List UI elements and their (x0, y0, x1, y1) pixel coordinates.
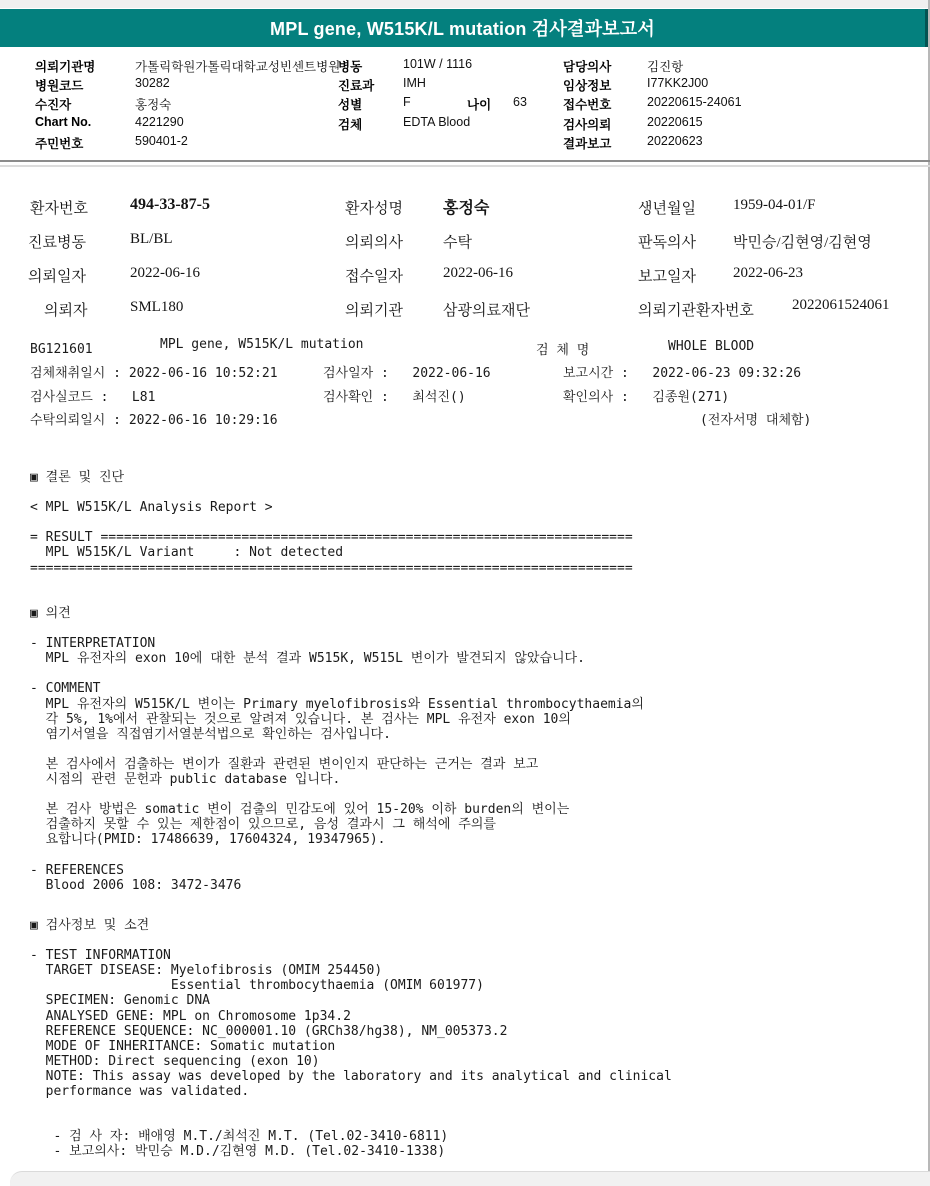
value-department: IMH (403, 76, 426, 90)
report-title-bar: MPL gene, W515K/L mutation 검사결과보고서 (0, 9, 928, 47)
label-specimen-name: 검 체 명 (536, 339, 589, 358)
value-ward: 101W / 1116 (403, 57, 472, 71)
value-accession-no: 20220615-24061 (647, 95, 742, 109)
label-birth-date: 생년월일 (638, 197, 696, 218)
lab-code: 검사실코드 : L81 (30, 386, 155, 405)
label-age: 나이 (467, 95, 491, 113)
confirm-doctor: 확인의사 : 김종원(271) (563, 386, 729, 405)
value-reading-doctor: 박민승/김현영/김현영 (733, 231, 872, 252)
report-time: 보고시간 : 2022-06-23 09:32:26 (563, 362, 801, 381)
value-patient-no: 494-33-87-5 (130, 196, 210, 214)
value-specimen-name: WHOLE BLOOD (668, 339, 754, 354)
value-order-date: 20220615 (647, 115, 703, 129)
header-divider-dark (0, 160, 930, 162)
label-patient-no: 환자번호 (30, 197, 88, 218)
label-ward: 병동 (338, 57, 362, 75)
label-receipt-date: 접수일자 (345, 265, 403, 286)
test-date: 검사일자 : 2022-06-16 (323, 362, 491, 381)
opinion-section: ▣ 의견 - INTERPRETATION MPL 유전자의 exon 10에 … (30, 606, 644, 893)
value-specimen-type: EDTA Blood (403, 115, 470, 129)
label-reading-doctor: 판독의사 (638, 231, 696, 252)
value-attending-doctor: 김진항 (647, 57, 683, 75)
label-request-date: 의뢰일자 (28, 265, 86, 286)
label-attending-doctor: 담당의사 (563, 57, 611, 75)
value-receipt-date: 2022-06-16 (443, 265, 513, 282)
label-org-patient-no: 의뢰기관환자번호 (638, 299, 754, 320)
value-patient-name: 홍정숙 (443, 195, 489, 218)
top-strip (0, 0, 930, 8)
referral-datetime: 수탁의뢰일시 : 2022-06-16 10:29:16 (30, 409, 278, 428)
label-requester: 의뢰자 (44, 299, 87, 320)
label-requesting-org: 의뢰기관 (345, 299, 403, 320)
test-name: MPL gene, W515K/L mutation (160, 337, 364, 352)
collected-datetime: 검체채취일시 : 2022-06-16 10:52:21 (30, 362, 278, 381)
value-birth-date: 1959-04-01/F (733, 197, 816, 214)
value-clinical-info: I77KK2J00 (647, 76, 708, 90)
value-sex: F (403, 95, 411, 109)
value-age: 63 (513, 95, 527, 109)
value-requesting-institution: 가톨릭학원가톨릭대학교성빈센트병원 (135, 57, 340, 75)
verified-by: 검사확인 : 최석진() (323, 386, 466, 405)
label-requesting-institution: 의뢰기관명 (35, 57, 95, 75)
conclusion-section: ▣ 결론 및 진단 < MPL W515K/L Analysis Report … (30, 470, 633, 576)
test-information-section: ▣ 검사정보 및 소견 - TEST INFORMATION TARGET DI… (30, 918, 672, 1160)
value-examinee: 홍정숙 (135, 95, 171, 113)
value-result-report-date: 20220623 (647, 134, 703, 148)
lab-report-page: MPL gene, W515K/L mutation 검사결과보고서 의뢰기관명… (0, 0, 930, 1186)
value-chart-no: 4221290 (135, 115, 184, 129)
label-sex: 성별 (338, 95, 362, 113)
bottom-strip (10, 1171, 930, 1186)
value-request-date: 2022-06-16 (130, 265, 200, 282)
test-code: BG121601 (30, 342, 93, 357)
label-care-ward: 진료병동 (28, 231, 86, 252)
label-clinical-info: 임상정보 (563, 76, 611, 94)
value-referring-doctor: 수탁 (443, 231, 472, 252)
header-divider-light (0, 165, 930, 167)
value-requester: SML180 (130, 299, 183, 316)
label-report-date: 보고일자 (638, 265, 696, 286)
esign-note: (전자서명 대체함) (700, 409, 811, 428)
value-org-patient-no: 2022061524061 (792, 297, 890, 314)
label-result-report-date: 결과보고 (563, 134, 611, 152)
value-report-date: 2022-06-23 (733, 265, 803, 282)
value-requesting-org: 삼광의료재단 (443, 299, 530, 320)
label-order-date: 검사의뢰 (563, 115, 611, 133)
label-examinee: 수진자 (35, 95, 71, 113)
label-hospital-code: 병원코드 (35, 76, 83, 94)
value-resident-no: 590401-2 (135, 134, 188, 148)
label-chart-no: Chart No. (35, 115, 91, 129)
value-hospital-code: 30282 (135, 76, 170, 90)
value-care-ward: BL/BL (130, 231, 173, 248)
label-referring-doctor: 의뢰의사 (345, 231, 403, 252)
label-specimen-type: 검체 (338, 115, 362, 133)
label-department: 진료과 (338, 76, 374, 94)
label-patient-name: 환자성명 (345, 197, 403, 218)
label-resident-no: 주민번호 (35, 134, 83, 152)
label-accession-no: 접수번호 (563, 95, 611, 113)
report-title: MPL gene, W515K/L mutation 검사결과보고서 (270, 15, 655, 41)
